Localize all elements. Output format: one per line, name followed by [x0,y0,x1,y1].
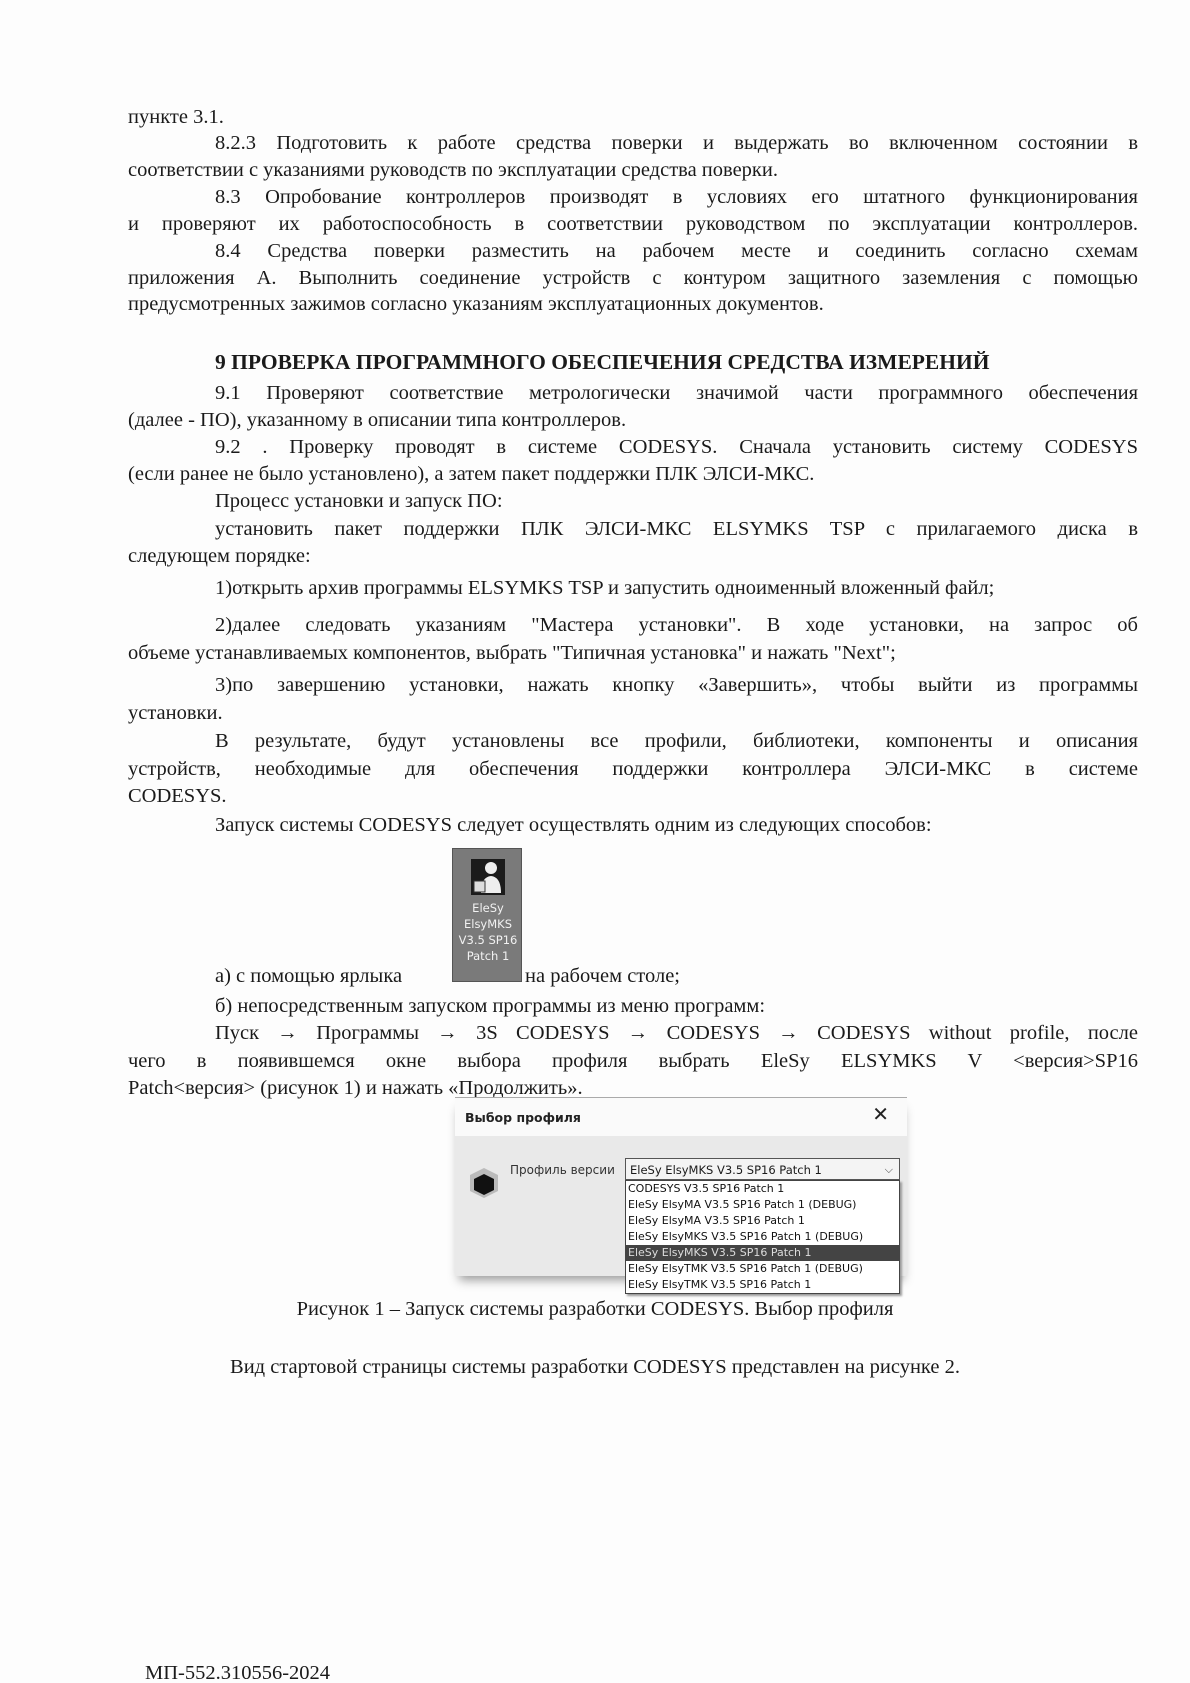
step-3: 3)по завершению установки, нажать кнопку… [215,672,1138,698]
text-line: устройств, необходимые для обеспечения п… [128,756,1138,782]
user-group-icon [471,859,505,895]
text-line: пункте 3.1. [128,104,1138,130]
cube-icon [467,1166,501,1200]
document-code: МП-552.310556-2024 [145,1662,330,1683]
section-heading: 9 ПРОВЕРКА ПРОГРАММНОГО ОБЕСПЕЧЕНИЯ СРЕД… [215,350,1138,375]
text-line: чего в появившемся окне выбора профиля в… [128,1048,1138,1074]
document-page: пункте 3.1. 8.2.3 Подготовить к работе с… [0,0,1190,1683]
profile-option[interactable]: EleSy ElsyMKS V3.5 SP16 Patch 1 (DEBUG) [626,1229,899,1245]
text-line: (если ранее не было установлено), а зате… [128,461,1138,487]
text-line: предусмотренных зажимов согласно указани… [128,291,1138,317]
paragraph-9-1: 9.1 Проверяют соответствие метрологическ… [215,380,1138,406]
dialog-title: Выбор профиля [465,1110,581,1125]
icon-label-line: Patch 1 [453,949,523,964]
text-line: на рабочем столе; [525,963,680,989]
text-line: соответствии с указаниями руководств по … [128,157,1138,183]
text-line: следующем порядке: [128,543,1138,569]
profile-option[interactable]: EleSy ElsyMA V3.5 SP16 Patch 1 [626,1213,899,1229]
text-line: объеме устанавливаемых компонентов, выбр… [128,640,1138,666]
step-2: 2)далее следовать указаниям "Мастера уст… [215,612,1138,638]
paragraph-8-2-3: 8.2.3 Подготовить к работе средства пове… [215,130,1138,156]
profile-option[interactable]: EleSy ElsyMA V3.5 SP16 Patch 1 (DEBUG) [626,1197,899,1213]
profile-dropdown-list: CODESYS V3.5 SP16 Patch 1 EleSy ElsyMA V… [625,1180,900,1294]
text-line: Запуск системы CODESYS следует осуществл… [215,812,1138,838]
elesy-shortcut-icon: EleSy ElsyMKS V3.5 SP16 Patch 1 [452,848,522,982]
result-paragraph: В результате, будут установлены все проф… [215,728,1138,754]
profile-option-highlighted[interactable]: EleSy ElsyMKS V3.5 SP16 Patch 1 [626,1245,899,1261]
profile-option[interactable]: EleSy ElsyTMK V3.5 SP16 Patch 1 [626,1277,899,1293]
profile-selection-dialog: Выбор профиля ✕ Профиль версии EleSy Els… [455,1097,907,1276]
menu-path: Пуск → Программы → 3S CODESYS → CODESYS … [215,1020,1138,1046]
text-line: установить пакет поддержки ПЛК ЭЛСИ-МКС … [215,516,1138,542]
text-line: CODESYS. [128,783,1138,809]
profile-version-select[interactable]: EleSy ElsyMKS V3.5 SP16 Patch 1 ⌵ [625,1158,900,1180]
text-line: б) непосредственным запуском программы и… [215,993,1138,1019]
step-1: 1)открыть архив программы ELSYMKS TSP и … [215,575,1138,601]
text-line: Вид стартовой страницы системы разработк… [0,1356,1190,1379]
paragraph-8-4: 8.4 Средства поверки разместить на рабоч… [215,238,1138,264]
text-line: а) с помощью ярлыка [215,963,402,989]
selected-profile: EleSy ElsyMKS V3.5 SP16 Patch 1 [630,1163,822,1177]
profile-version-label: Профиль версии [510,1163,615,1177]
text-line: Процесс установки и запуск ПО: [215,488,1138,514]
icon-label-line: V3.5 SP16 [453,933,523,948]
text-line: (далее - ПО), указанному в описании типа… [128,407,1138,433]
profile-option[interactable]: CODESYS V3.5 SP16 Patch 1 [626,1181,899,1197]
text-line: приложения А. Выполнить соединение устро… [128,265,1138,291]
close-icon[interactable]: ✕ [872,1102,889,1126]
chevron-down-icon: ⌵ [885,1159,893,1181]
profile-option[interactable]: EleSy ElsyTMK V3.5 SP16 Patch 1 (DEBUG) [626,1261,899,1277]
dialog-titlebar: Выбор профиля ✕ [455,1098,907,1136]
text-line: и проверяют их работоспособность в соотв… [128,211,1138,237]
paragraph-9-2: 9.2 . Проверку проводят в системе CODESY… [215,434,1138,460]
icon-label-line: ElsyMKS [453,917,523,932]
figure-caption: Рисунок 1 – Запуск системы разработки CO… [0,1298,1190,1321]
paragraph-8-3: 8.3 Опробование контроллеров производят … [215,184,1138,210]
text-line: установки. [128,700,1138,726]
icon-label-line: EleSy [453,901,523,916]
